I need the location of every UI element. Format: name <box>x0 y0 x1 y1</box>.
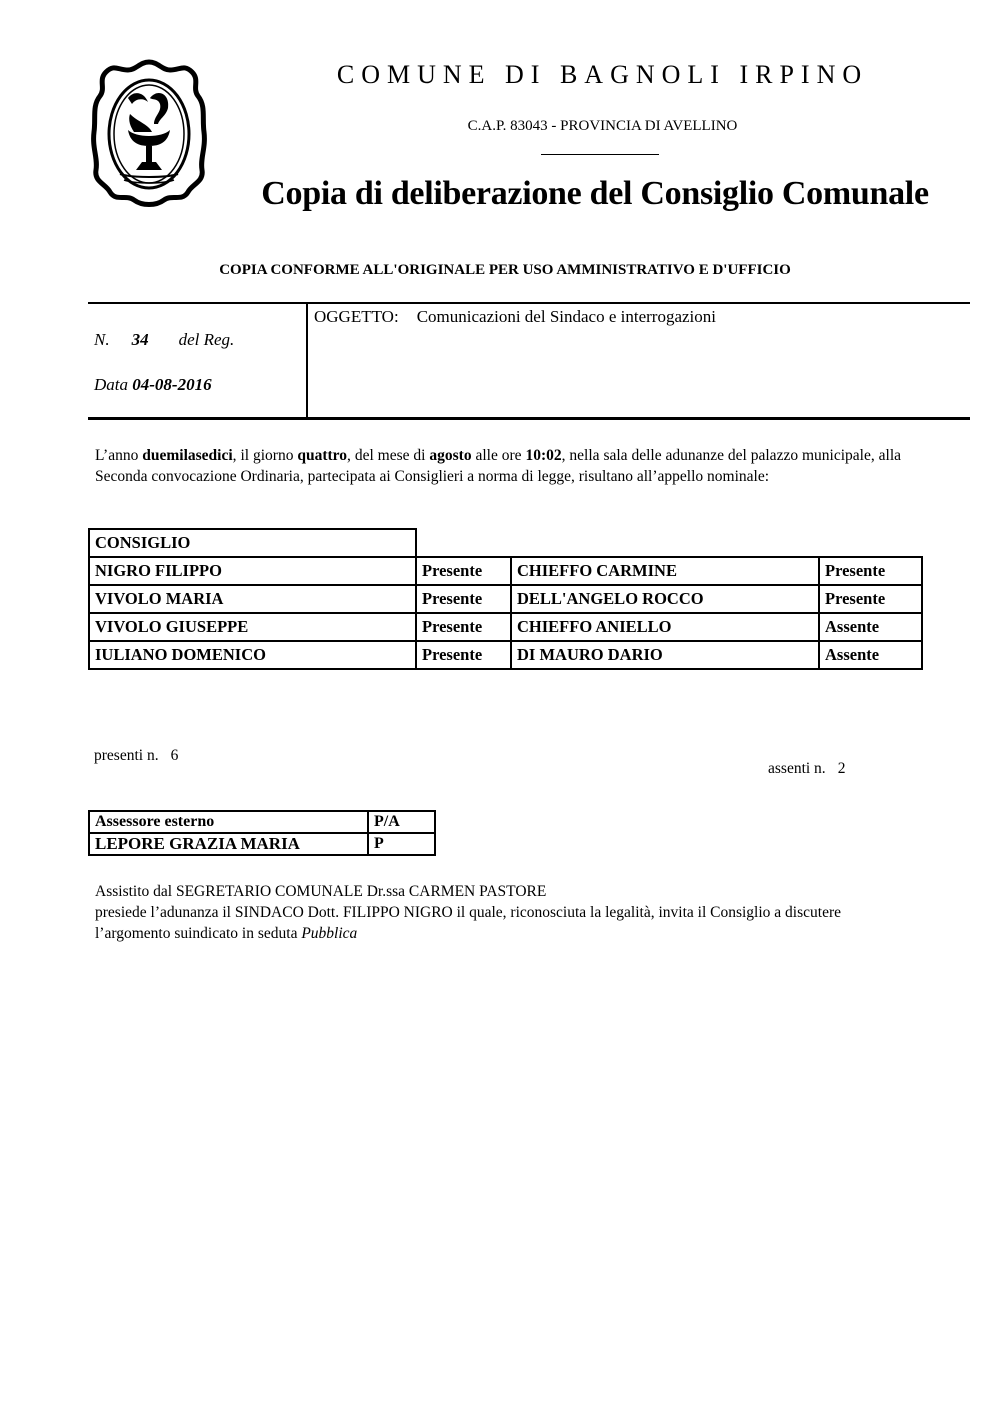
present-count: presenti n.6 <box>94 747 178 765</box>
column-divider <box>306 302 308 420</box>
municipal-crest-icon <box>88 58 210 208</box>
assessor-table: Assessore esterno P/A LEPORE GRAZIA MARI… <box>88 810 436 856</box>
present-value: 6 <box>171 747 179 764</box>
table-header-row: CONSIGLIO <box>89 529 922 557</box>
subject-label: OGGETTO: <box>314 307 399 326</box>
year-value: duemilasedici <box>142 447 232 464</box>
attendance-status: Assente <box>819 613 922 641</box>
time-value: 10:02 <box>525 447 561 464</box>
empty-cell <box>819 529 922 557</box>
present-label: presenti n. <box>94 747 159 764</box>
table-row: NIGRO FILIPPOPresenteCHIEFFO CARMINEPres… <box>89 557 922 585</box>
councillor-name: CHIEFFO CARMINE <box>511 557 819 585</box>
register-number: N.34del Reg. <box>94 330 234 350</box>
closing-paragraph: Assistito dal SEGRETARIO COMUNALE Dr.ssa… <box>95 881 915 944</box>
attendance-status: Presente <box>416 613 511 641</box>
councillor-name: DI MAURO DARIO <box>511 641 819 669</box>
empty-cell <box>511 529 819 557</box>
address-line: C.A.P. 83043 - PROVINCIA DI AVELLINO <box>240 118 965 135</box>
intro-text: , il giorno <box>233 447 298 464</box>
top-rule <box>88 302 970 304</box>
date-label: Data <box>94 375 128 394</box>
attendance-status: Presente <box>416 585 511 613</box>
date-value: 04-08-2016 <box>132 375 211 394</box>
attendance-status: Assente <box>819 641 922 669</box>
councillor-name: VIVOLO MARIA <box>89 585 416 613</box>
attendance-status: Presente <box>819 585 922 613</box>
councillor-name: IULIANO DOMENICO <box>89 641 416 669</box>
table-row: IULIANO DOMENICOPresenteDI MAURO DARIOAs… <box>89 641 922 669</box>
council-attendance-table: CONSIGLIO NIGRO FILIPPOPresenteCHIEFFO C… <box>88 528 923 670</box>
intro-text: , del mese di <box>347 447 429 464</box>
intro-text: alle ore <box>472 447 526 464</box>
table-header: CONSIGLIO <box>89 529 416 557</box>
session-type: Pubblica <box>301 925 357 942</box>
councillor-name: NIGRO FILIPPO <box>89 557 416 585</box>
attendance-status: Presente <box>819 557 922 585</box>
empty-cell <box>416 529 511 557</box>
comune-title: COMUNE DI BAGNOLI IRPINO <box>240 60 965 90</box>
status-header: P/A <box>368 811 435 833</box>
absent-value: 2 <box>838 760 846 777</box>
absent-label: assenti n. <box>768 760 826 777</box>
month-value: agosto <box>429 447 471 464</box>
header-divider <box>541 154 659 155</box>
document-title: Copia di deliberazione del Consiglio Com… <box>220 175 970 213</box>
register-label: del Reg. <box>179 330 235 349</box>
subject: OGGETTO:Comunicazioni del Sindaco e inte… <box>314 307 716 327</box>
table-row: VIVOLO MARIAPresenteDELL'ANGELO ROCCOPre… <box>89 585 922 613</box>
attendance-status: Presente <box>416 557 511 585</box>
table-row: VIVOLO GIUSEPPEPresenteCHIEFFO ANIELLOAs… <box>89 613 922 641</box>
president-line: presiede l’adunanza il SINDACO Dott. FIL… <box>95 902 915 944</box>
copy-statement: COPIA CONFORME ALL'ORIGINALE PER USO AMM… <box>100 262 910 279</box>
attendance-status: Presente <box>416 641 511 669</box>
president-text: presiede l’adunanza il SINDACO Dott. FIL… <box>95 904 841 942</box>
intro-text: L’anno <box>95 447 142 464</box>
number-value: 34 <box>132 330 149 349</box>
subject-value: Comunicazioni del Sindaco e interrogazio… <box>417 307 716 326</box>
assessor-header: Assessore esterno <box>89 811 368 833</box>
register-date: Data 04-08-2016 <box>94 375 212 395</box>
secretary-line: Assistito dal SEGRETARIO COMUNALE Dr.ssa… <box>95 881 915 902</box>
table-row: LEPORE GRAZIA MARIA P <box>89 833 435 855</box>
councillor-name: DELL'ANGELO ROCCO <box>511 585 819 613</box>
table-header-row: Assessore esterno P/A <box>89 811 435 833</box>
assessor-name: LEPORE GRAZIA MARIA <box>89 833 368 855</box>
registry-block: N.34del Reg. Data 04-08-2016 OGGETTO:Com… <box>88 302 970 420</box>
assessor-status: P <box>368 833 435 855</box>
councillor-name: CHIEFFO ANIELLO <box>511 613 819 641</box>
number-label: N. <box>94 330 110 349</box>
absent-count: assenti n.2 <box>768 760 845 778</box>
intro-paragraph: L’anno duemilasedici, il giorno quattro,… <box>95 445 901 487</box>
bottom-rule <box>88 417 970 420</box>
day-value: quattro <box>297 447 347 464</box>
councillor-name: VIVOLO GIUSEPPE <box>89 613 416 641</box>
